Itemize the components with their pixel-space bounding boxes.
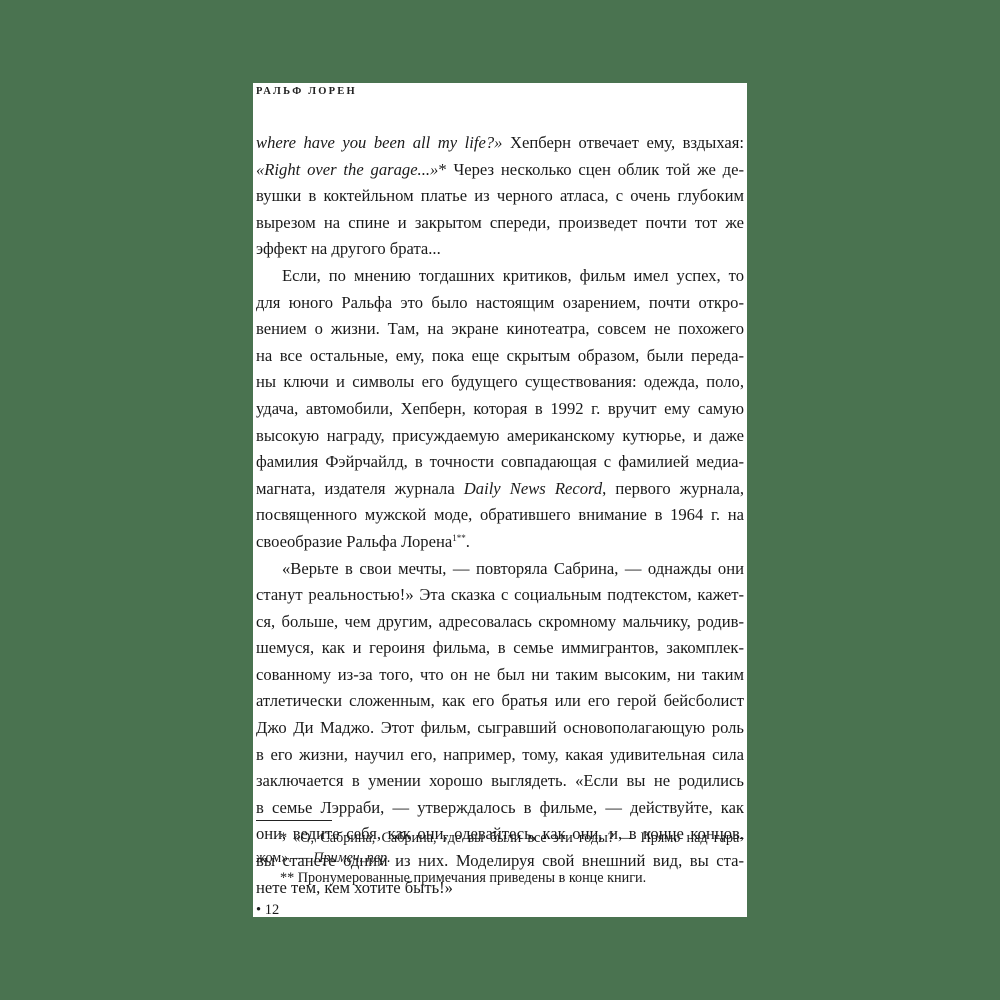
text-line: заключается в умении хорошо выглядеть. «… xyxy=(256,768,744,795)
text-line: Джо Ди Маджо. Этот фильм, сыгравший осно… xyxy=(256,715,744,742)
italic-text: Примеч. пер. xyxy=(313,850,391,866)
text-line: в его жизни, научил его, например, тому,… xyxy=(256,742,744,769)
page-number: 12 xyxy=(265,902,280,918)
folio-bullet-icon: • xyxy=(256,902,261,918)
text-line: фамилия Фэйрчайлд, в точности совпадающа… xyxy=(256,449,744,476)
footnote-line: ** Пронумерованные примечания приведены … xyxy=(256,868,744,888)
text-run: своеобразие Ральфа Лорена xyxy=(256,532,452,551)
text-line: удача, автомобили, Хепберн, которая в 19… xyxy=(256,396,744,423)
text-line: на все остальные, ему, пока еще скрытым … xyxy=(256,343,744,370)
text-run: на все остальные, ему, пока еще скрытым … xyxy=(256,346,744,365)
page-folio: • 12 xyxy=(256,902,279,919)
footnote-reference: 1** xyxy=(452,533,466,543)
text-run: шемуся, как и героиня фильма, в семье им… xyxy=(256,638,744,657)
text-run: эффект на другого брата... xyxy=(256,239,441,258)
text-line: where have you been all my life?» Хепбер… xyxy=(256,130,744,157)
italic-text: Daily News Record xyxy=(464,479,602,498)
text-run: , первого журнала, xyxy=(602,479,744,498)
text-run: для юного Ральфа это было настоящим озар… xyxy=(256,293,744,312)
text-run: ны ключи и символы его будущего существо… xyxy=(256,372,744,391)
text-run: «Верьте в свои мечты, — повторяла Сабрин… xyxy=(282,559,744,578)
text-run: посвященного мужской моде, обратившего в… xyxy=(256,505,744,524)
text-run: фамилия Фэйрчайлд, в точности совпадающа… xyxy=(256,452,744,471)
text-run: . xyxy=(466,532,470,551)
text-line: «Верьте в свои мечты, — повторяла Сабрин… xyxy=(256,556,744,583)
text-run: атлетически сложенным, как его братья ил… xyxy=(256,691,744,710)
text-line: для юного Ральфа это было настоящим озар… xyxy=(256,290,744,317)
text-line: эффект на другого брата... xyxy=(256,236,744,263)
body-text: where have you been all my life?» Хепбер… xyxy=(256,130,744,901)
text-run: сованному из-за того, что он не был ни т… xyxy=(256,665,744,684)
italic-text: «Right over the garage...» xyxy=(256,160,438,179)
text-line: в семье Лэрраби, — утверждалось в фильме… xyxy=(256,795,744,822)
text-line: ся, больше, чем другим, адресовалась скр… xyxy=(256,609,744,636)
text-run: станут реальностью!» Эта сказка с социал… xyxy=(256,585,744,604)
text-line: вушки в коктейльном платье из черного ат… xyxy=(256,183,744,210)
text-line: атлетически сложенным, как его братья ил… xyxy=(256,688,744,715)
text-run: удача, автомобили, Хепберн, которая в 19… xyxy=(256,399,744,418)
footnote-line: жом». — Примеч. пер. xyxy=(256,848,744,868)
text-run: Если, по мнению тогдашних критиков, филь… xyxy=(282,266,744,285)
text-run: в семье Лэрраби, — утверждалось в фильме… xyxy=(256,798,744,817)
text-run: ** Пронумерованные примечания приведены … xyxy=(280,870,646,886)
text-line: вырезом на спине и закрытом спереди, про… xyxy=(256,210,744,237)
text-line: своеобразие Ральфа Лорена1**. xyxy=(256,529,744,556)
text-line: магната, издателя журнала Daily News Rec… xyxy=(256,476,744,503)
text-line: посвященного мужской моде, обратившего в… xyxy=(256,502,744,529)
text-line: Если, по мнению тогдашних критиков, филь… xyxy=(256,263,744,290)
text-run: высокую награду, присуждаемую американск… xyxy=(256,426,744,445)
text-run: вением о жизни. Там, на экране кинотеатр… xyxy=(256,319,744,338)
text-line: станут реальностью!» Эта сказка с социал… xyxy=(256,582,744,609)
text-run: в его жизни, научил его, например, тому,… xyxy=(256,745,744,764)
running-head: РАЛЬФ ЛОРЕН xyxy=(256,86,357,97)
text-run: жом». — xyxy=(256,850,313,866)
text-run: * Через несколько сцен облик той же де- xyxy=(438,160,744,179)
italic-text: where have you been all my life?» xyxy=(256,133,502,152)
book-page: РАЛЬФ ЛОРЕН where have you been all my l… xyxy=(253,83,747,917)
footnotes: * «О, Сабрина, Сабрина, где вы были все … xyxy=(256,828,744,888)
text-run: магната, издателя журнала xyxy=(256,479,464,498)
text-line: вением о жизни. Там, на экране кинотеатр… xyxy=(256,316,744,343)
text-run: Джо Ди Маджо. Этот фильм, сыгравший осно… xyxy=(256,718,744,737)
text-run: заключается в умении хорошо выглядеть. «… xyxy=(256,771,744,790)
text-run: Хепберн отвечает ему, вздыхая: xyxy=(502,133,744,152)
text-run: ся, больше, чем другим, адресовалась скр… xyxy=(256,612,744,631)
footnote-separator-rule xyxy=(256,820,332,821)
text-line: «Right over the garage...»* Через нескол… xyxy=(256,157,744,184)
text-line: высокую награду, присуждаемую американск… xyxy=(256,423,744,450)
text-line: шемуся, как и героиня фильма, в семье им… xyxy=(256,635,744,662)
text-run: вушки в коктейльном платье из черного ат… xyxy=(256,186,744,205)
text-line: ны ключи и символы его будущего существо… xyxy=(256,369,744,396)
text-run: вырезом на спине и закрытом спереди, про… xyxy=(256,213,744,232)
text-run: * «О, Сабрина, Сабрина, где вы были все … xyxy=(280,830,744,846)
footnote-line: * «О, Сабрина, Сабрина, где вы были все … xyxy=(256,828,744,848)
text-line: сованному из-за того, что он не был ни т… xyxy=(256,662,744,689)
